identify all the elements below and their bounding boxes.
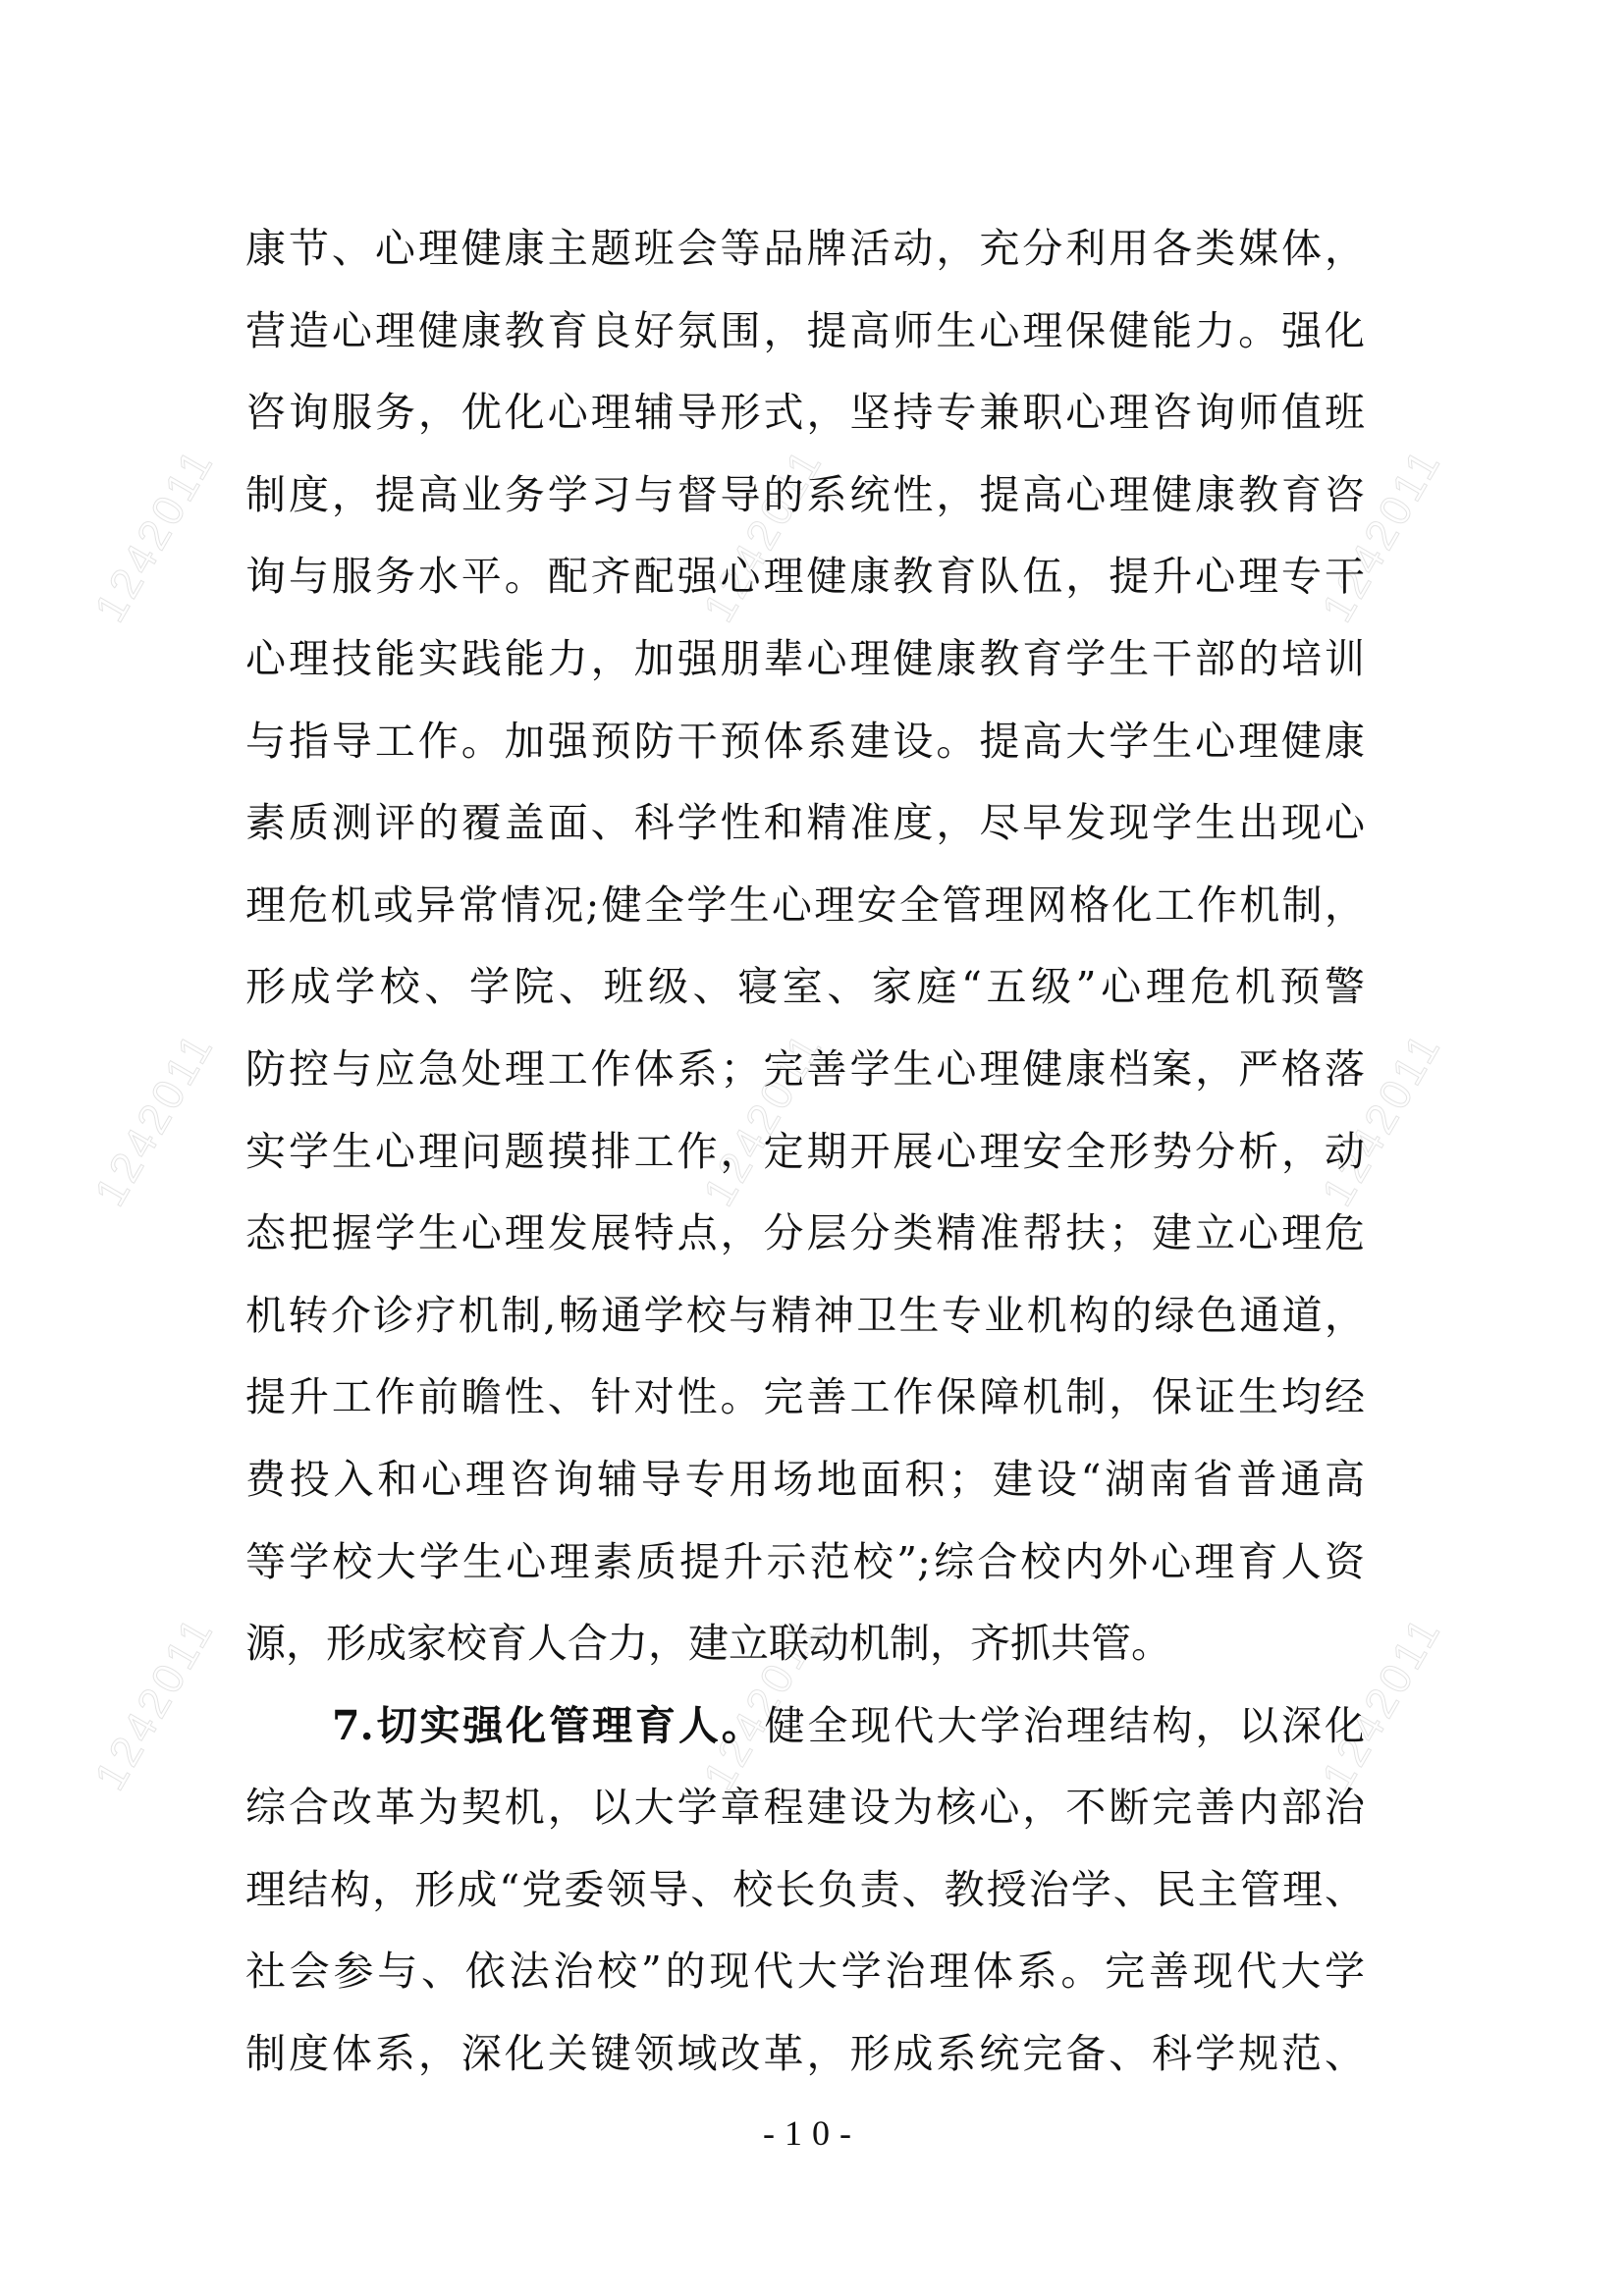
text-line: 制度体系，深化关键领域改革，形成系统完备、科学规范、 — [245, 2023, 1365, 2106]
text-line: 机转介诊疗机制,畅通学校与精神卫生专业机构的绿色通道， — [245, 1285, 1365, 1367]
page-number: -10- — [0, 2112, 1624, 2154]
text-line: 询与服务水平。配齐配强心理健康教育队伍，提升心理专干 — [245, 546, 1365, 628]
text-line: 实学生心理问题摸排工作，定期开展心理安全形势分析，动 — [245, 1121, 1365, 1203]
text-line: 等学校大学生心理素质提升示范校”;综合校内外心理育人资 — [245, 1531, 1365, 1614]
text-line: 形成学校、学院、班级、寝室、家庭“五级”心理危机预警 — [245, 956, 1365, 1039]
text-line: 提升工作前瞻性、针对性。完善工作保障机制，保证生均经 — [245, 1366, 1365, 1449]
text-line: 源，形成家校育人合力，建立联动机制，齐抓共管。 — [245, 1613, 1365, 1695]
text-line: 康节、心理健康主题班会等品牌活动，充分利用各类媒体， — [245, 218, 1365, 300]
section-7-first-line: 7.切实强化管理育人。健全现代大学治理结构，以深化 — [245, 1695, 1365, 1778]
watermark: 1242011 — [85, 440, 224, 631]
text-line: 咨询服务，优化心理辅导形式，坚持专兼职心理咨询师值班 — [245, 382, 1365, 464]
text-line: 与指导工作。加强预防干预体系建设。提高大学生心理健康 — [245, 711, 1365, 793]
text-line: 态把握学生心理发展特点，分层分类精准帮扶；建立心理危 — [245, 1202, 1365, 1285]
body-text: 康节、心理健康主题班会等品牌活动，充分利用各类媒体， 营造心理健康教育良好氛围，… — [245, 218, 1365, 2106]
text-line: 综合改革为契机，以大学章程建设为核心，不断完善内部治 — [245, 1777, 1365, 1859]
text-line: 制度，提高业务学习与督导的系统性，提高心理健康教育咨 — [245, 464, 1365, 547]
text-line: 防控与应急处理工作体系；完善学生心理健康档案，严格落 — [245, 1039, 1365, 1121]
text-line: 素质测评的覆盖面、科学性和精准度，尽早发现学生出现心 — [245, 792, 1365, 875]
text-line: 心理技能实践能力，加强朋辈心理健康教育学生干部的培训 — [245, 628, 1365, 711]
text-line: 理危机或异常情况;健全学生心理安全管理网格化工作机制， — [245, 875, 1365, 957]
text-line: 费投入和心理咨询辅导专用场地面积；建设“湖南省普通高 — [245, 1449, 1365, 1531]
watermark: 1242011 — [85, 1024, 224, 1215]
text-line: 营造心理健康教育良好氛围，提高师生心理保健能力。强化 — [245, 300, 1365, 383]
watermark: 1242011 — [85, 1608, 224, 1799]
section-7-first-line-text: 健全现代大学治理结构，以深化 — [765, 1702, 1365, 1749]
document-page: 1242011 1242011 1242011 1242011 1242011 … — [0, 0, 1624, 2296]
text-line: 理结构，形成“党委领导、校长负责、教授治学、民主管理、 — [245, 1859, 1365, 1942]
section-7-heading: 7.切实强化管理育人。 — [332, 1702, 765, 1749]
text-line: 社会参与、依法治校”的现代大学治理体系。完善现代大学 — [245, 1941, 1365, 2023]
